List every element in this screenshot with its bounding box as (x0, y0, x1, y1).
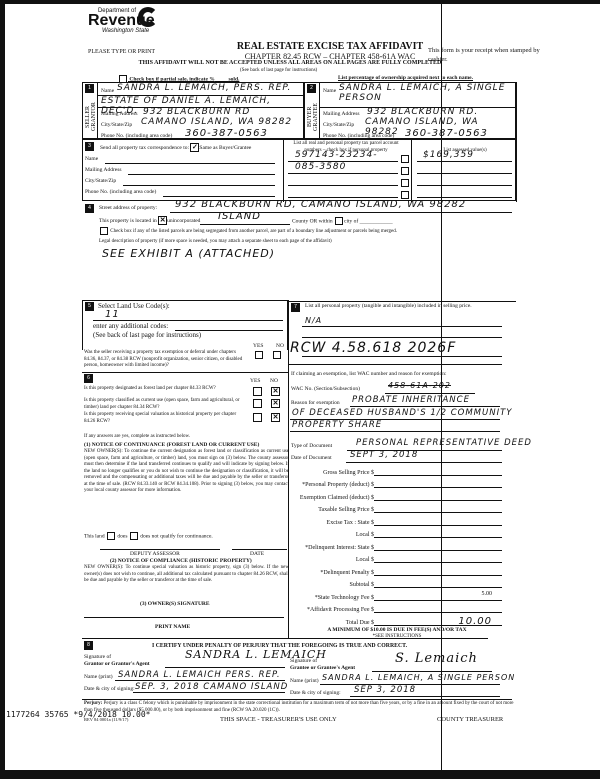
fee-value-field[interactable] (374, 603, 502, 613)
buyer-mailing-label: Mailing Address (323, 111, 360, 117)
section6-question: Is this property receiving special valua… (84, 412, 244, 425)
please-type-note: PLEASE TYPE OR PRINT (88, 49, 155, 55)
street-field[interactable]: 932 BLACKBURN RD, CAMANO ISLAND, WA 9828… (175, 199, 466, 210)
section6-yes-checkbox[interactable] (253, 413, 262, 422)
this-land-label: This land (84, 533, 105, 539)
grantee-name-field[interactable]: SANDRA L. LEMAICH, A SINGLE PERSON (322, 673, 515, 682)
fee-row: *Affidavit Processing Fee $ (290, 601, 502, 614)
grantee-sig-label1: Signature of (290, 658, 317, 664)
grantor-date-label: Date & city of signing: (84, 686, 135, 692)
grantee-date-label: Date & city of signing: (290, 690, 341, 696)
buyer-name-field[interactable]: SANDRA L. LEMAICH, A SINGLE PERSON (339, 83, 515, 103)
street-label: Street address of property: (99, 205, 157, 211)
buyer-side-label: BUYER GRANTEE (307, 97, 317, 137)
personal-property-label: List all personal property (tangible and… (305, 303, 505, 309)
rcw-handwritten-note: RCW 4.58.618 2026F (290, 340, 456, 356)
section-number: 7 (291, 303, 300, 312)
personal-property-checkbox[interactable] (401, 191, 409, 199)
fee-row: *Delinquent Interest: State $ (290, 538, 502, 551)
does-not-checkbox[interactable] (130, 532, 138, 540)
grantee-name-label: Name (print) (290, 678, 319, 684)
grantee-date-field[interactable]: SEP 3, 2018 (354, 685, 416, 695)
unincorporated-label: unincorporated (167, 218, 200, 224)
doc-date-field[interactable]: SEPT 3, 2018 (350, 450, 418, 460)
corr-phone-field[interactable] (163, 196, 275, 197)
assessed-value-field[interactable]: $169,359 (423, 150, 474, 160)
scan-left-edge (0, 0, 5, 779)
seller-mailing-field[interactable]: 932 BLACKBURN RD (143, 107, 250, 117)
cashier-stamp: 1177264 35765 *9/4/2018 10.00* (6, 710, 151, 719)
section6-question: Is this property designated as forest la… (84, 386, 244, 393)
land-use-see-back: (See back of last page for instructions) (93, 331, 201, 339)
legal-label: Legal description of property (if more s… (99, 239, 332, 244)
buyer-name-label: Name (323, 88, 336, 94)
corr-city-field[interactable] (123, 185, 275, 186)
fee-table: Gross Selling Price $ *Personal Property… (290, 463, 502, 626)
assessor-date-label: DATE (250, 551, 264, 557)
city-of-checkbox[interactable] (335, 217, 343, 225)
exemption-claim-label: If claiming an exemption, list WAC numbe… (291, 371, 447, 377)
section-number: 3 (85, 142, 94, 151)
continuance-line: This land does does not qualify for cont… (84, 532, 213, 540)
fee-label: Subtotal $ (349, 582, 374, 588)
personal-property-checkbox[interactable] (401, 167, 409, 175)
located-line: This property is located in ✕unincorpora… (99, 216, 200, 225)
seller-city-field[interactable]: CAMANO ISLAND, WA 98282 (141, 117, 292, 127)
exemption-no-checkbox[interactable] (273, 351, 281, 359)
grantor-sig-label1: Signature of (84, 654, 111, 660)
minimum-due-note: A MINIMUM OF $10.00 IS DUE IN FEE(S) AND… (290, 627, 504, 633)
unincorporated-checkbox[interactable]: ✕ (158, 216, 167, 225)
segregated-label: Check box if any of the listed parcels a… (110, 229, 397, 234)
does-not-label: does not (140, 533, 159, 539)
fee-label: Gross Selling Price $ (323, 470, 374, 476)
perjury-bold: Perjury: (84, 701, 102, 706)
section-number: 4 (85, 204, 94, 213)
fee-label: *Delinquent Penalty $ (320, 570, 374, 576)
seller-city-label: City/State/Zip (101, 122, 132, 128)
doc-type-label: Type of Document (291, 443, 332, 449)
grantor-name-field[interactable]: SANDRA L. LEMAICH PERS. REP. (118, 670, 281, 680)
reason-label: Reason for exemption (291, 400, 340, 406)
warning-text: THIS AFFIDAVIT WILL NOT BE ACCEPTED UNLE… (110, 60, 470, 66)
section-number: 6 (84, 374, 93, 383)
corr-mailing-field[interactable] (128, 174, 275, 175)
scan-bottom-border (0, 770, 600, 779)
personal-property-checkbox[interactable] (401, 155, 409, 163)
corr-name-field[interactable] (105, 163, 275, 164)
owner-signature-line[interactable] (84, 617, 284, 618)
section6-no-checkbox[interactable]: ✕ (271, 387, 280, 396)
city-of-line: County OR within city of ____________ (292, 217, 393, 225)
section6-question: Is this property classified as current u… (84, 398, 244, 411)
ownership-note: List percentage of ownership acquired ne… (338, 75, 473, 81)
fee-row: Total Due $ 10.00 (290, 613, 502, 626)
receipt-note: This form is your receipt when stamped b… (428, 46, 548, 64)
doc-date-label: Date of Document (291, 455, 332, 461)
grantor-name-label: Name (print) (84, 674, 113, 680)
fee-value-field[interactable] (374, 553, 502, 563)
legal-description-field[interactable]: SEE EXHIBIT A (ATTACHED) (102, 247, 275, 260)
section6-yes-checkbox[interactable] (253, 387, 262, 396)
fee-row: *Delinquent Penalty $ (290, 563, 502, 576)
located-label: This property is located in (99, 218, 157, 224)
no-header: NO (270, 378, 278, 384)
grantee-sig-label2: Grantee or Grantee's Agent (290, 665, 355, 671)
fee-row: Local $ (290, 526, 502, 539)
wac-label: WAC No. (Section/Subsection) (291, 386, 360, 392)
land-use-section: 5 Select Land Use Code(s): 11 enter any … (82, 300, 288, 350)
reason-field-line2[interactable]: OF DECEASED HUSBAND'S 1/2 COMMUNITY (292, 408, 512, 418)
exemption-yes-checkbox[interactable] (255, 351, 263, 359)
yes-header: YES (250, 378, 260, 384)
fee-label: *State Technology Fee $ (315, 595, 374, 601)
fee-label: *Affidavit Processing Fee $ (307, 607, 374, 613)
scan-top-border (0, 0, 600, 4)
fee-label: Local $ (356, 532, 374, 538)
logo-swirl-icon (138, 7, 158, 27)
seller-phone-field[interactable]: 360-387-0563 (185, 128, 268, 139)
qualify-label: qualify for continuance. (160, 533, 213, 539)
see-instructions-note: *SEE INSTRUCTIONS (290, 634, 504, 639)
seller-side-label: SELLER GRANTOR (85, 97, 95, 137)
personal-property-field[interactable]: N/A (305, 316, 322, 325)
fee-label: *Personal Property (deduct) $ (302, 482, 374, 488)
correspondence-line: Send all property tax correspondence to:… (100, 143, 251, 152)
fee-row: *State Technology Fee $ 5.00 (290, 588, 502, 601)
correspondence-section: 3 Send all property tax correspondence t… (82, 139, 516, 201)
corr-phone-label: Phone No. (including area code) (85, 189, 156, 195)
buyer-section: 2 BUYER GRANTEE Name SANDRA L. LEMAICH, … (304, 82, 516, 139)
fee-row: Local $ (290, 551, 502, 564)
reason-field-line3[interactable]: PROPERTY SHARE (292, 420, 382, 430)
fee-value-field[interactable] (374, 578, 502, 588)
fee-row: Subtotal $ (290, 576, 502, 589)
fee-value-field[interactable] (374, 466, 502, 476)
print-name-label: PRINT NAME (155, 624, 190, 630)
deputy-assessor-line[interactable] (100, 549, 220, 550)
section-number: 5 (85, 302, 94, 311)
fee-value-field[interactable] (374, 491, 502, 501)
section6-no-checkbox[interactable]: ✕ (271, 413, 280, 422)
fee-label: Total Due $ (346, 620, 374, 626)
fee-label: Taxable Selling Price $ (318, 507, 374, 513)
section6-yes-checkbox[interactable] (253, 399, 262, 408)
segregated-checkbox[interactable] (100, 227, 108, 235)
buyer-mailing-field[interactable]: 932 BLACKBURN RD. (367, 107, 478, 117)
fee-row: *Personal Property (deduct) $ (290, 476, 502, 489)
correspondence-label: Send all property tax correspondence to: (100, 145, 189, 151)
fee-value-field[interactable] (374, 541, 502, 551)
notice1-body: NEW OWNER(S): To continue the current de… (84, 449, 289, 495)
grantor-date-field[interactable]: SEP. 3, 2018 CAMANO ISLAND (135, 682, 288, 692)
section-number: 2 (307, 84, 316, 93)
fee-row: Exemption Claimed (deduct) $ (290, 488, 502, 501)
county-or-label: County OR within (292, 218, 333, 224)
does-checkbox[interactable] (107, 532, 115, 540)
scan-fold-line (441, 0, 442, 779)
parcel-number-field[interactable]: 085-3580 (295, 162, 346, 172)
does-label: does (117, 533, 127, 539)
assessor-date-line[interactable] (232, 549, 287, 550)
county-treasurer-label: COUNTY TREASURER (437, 716, 503, 723)
seller-mailing-label: Mailing Address (101, 111, 138, 117)
parcel-number-field[interactable]: 597143-23234- (295, 150, 377, 160)
seller-section: 1 SELLER GRANTOR Name SANDRA L. LEMAICH,… (82, 82, 304, 139)
fee-label: Excise Tax : State $ (327, 520, 374, 526)
fee-value-field[interactable] (374, 528, 502, 538)
no-header: NO (276, 343, 284, 349)
owner-signature-label: (3) OWNER(S) SIGNATURE (140, 601, 210, 607)
see-back-note: (See back of last page for instructions) (240, 68, 317, 73)
grantor-sig-label2: Grantor or Grantor's Agent (84, 661, 150, 667)
fee-value-field[interactable] (374, 478, 502, 488)
yes-header: YES (253, 343, 263, 349)
section6-no-checkbox[interactable]: ✕ (271, 399, 280, 408)
land-use-code-field[interactable]: 11 (105, 309, 120, 320)
notice2-title: (2) NOTICE OF COMPLIANCE (HISTORIC PROPE… (110, 558, 252, 564)
form-title: REAL ESTATE EXCISE TAX AFFIDAVIT CHAPTER… (200, 41, 460, 61)
buyer-city-label: City/State/Zip (323, 122, 354, 128)
reason-field-line1[interactable]: PROBATE INHERITANCE (352, 395, 470, 405)
exemption-question: Was the seller receiving a property tax … (84, 350, 244, 370)
grantee-signature-field[interactable]: S. Lemaich (395, 651, 478, 666)
corr-mailing-label: Mailing Address (85, 167, 122, 173)
additional-codes-label: enter any additional codes: (93, 322, 168, 330)
if-yes-note: If any answers are yes, complete as inst… (84, 434, 190, 441)
doc-type-field[interactable]: PERSONAL REPRESENTATIVE DEED (356, 438, 532, 448)
fee-label: Local $ (356, 557, 374, 563)
corr-name-label: Name (85, 156, 98, 162)
same-as-buyer-label: Same as Buyer/Grantee (199, 145, 251, 151)
title-text: REAL ESTATE EXCISE TAX AFFIDAVIT (200, 41, 460, 52)
fee-label: Exemption Claimed (deduct) $ (300, 495, 374, 501)
notice1-title: (1) NOTICE OF CONTINUANCE (FOREST LAND O… (84, 442, 259, 448)
fee-value-field[interactable] (374, 566, 502, 576)
seller-name-label: Name (101, 88, 114, 94)
fee-value-field[interactable]: 5.00 (374, 591, 502, 601)
notice2-body: NEW OWNER(S): To continue special valuat… (84, 565, 289, 585)
section-number: 8 (84, 641, 93, 650)
segregated-line: Check box if any of the listed parcels a… (99, 227, 397, 235)
fee-value-field[interactable] (374, 516, 502, 526)
county-field[interactable]: ISLAND (218, 211, 261, 222)
treasurer-use-label: THIS SPACE - TREASURER'S USE ONLY (220, 716, 337, 723)
section-number: 1 (85, 84, 94, 93)
fee-row: Taxable Selling Price $ (290, 501, 502, 514)
fee-row: Excise Tax : State $ (290, 513, 502, 526)
fee-value-field[interactable] (374, 503, 502, 513)
seller-name-field[interactable]: SANDRA L. LEMAICH, PERS. REP. (117, 83, 291, 93)
city-of-label: city of (344, 218, 358, 224)
deputy-assessor-label: DEPUTY ASSESSOR (130, 551, 180, 557)
buyer-phone-field[interactable]: 360-387-0563 (405, 128, 488, 139)
fee-value-field[interactable]: 10.00 (374, 616, 502, 626)
fee-label: *Delinquent Interest: State $ (305, 545, 374, 551)
fee-row: Gross Selling Price $ (290, 463, 502, 476)
personal-property-checkbox[interactable] (401, 179, 409, 187)
corr-city-label: City/State/Zip (85, 178, 116, 184)
